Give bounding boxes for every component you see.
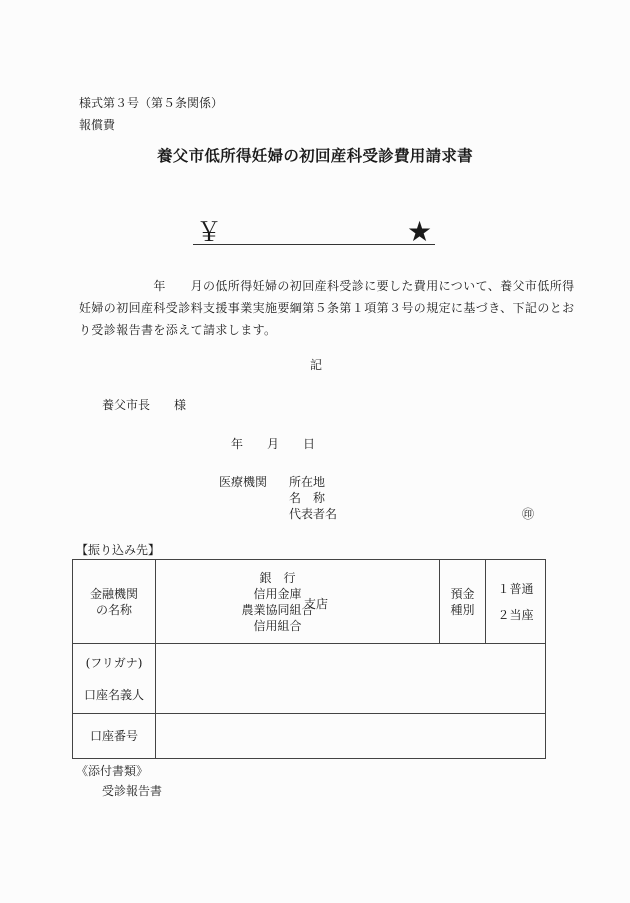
document-title: 養父市低所得妊婦の初回産科受診費用請求書 bbox=[0, 146, 630, 166]
address-label: 所在地 bbox=[289, 474, 337, 490]
holder-label-cell: (フリガナ) 口座名義人 bbox=[73, 644, 156, 714]
statement-line: 妊婦の初回産科受診料支援事業実施要綱第５条第１項第３号の規定に基づき、下記のとお bbox=[79, 297, 559, 319]
yen-symbol: ￥ bbox=[196, 219, 222, 247]
statement-line: り受診報告書を添えて請求します。 bbox=[79, 319, 559, 341]
attachment-item: 受診報告書 bbox=[102, 783, 162, 799]
account-number-label: 口座番号 bbox=[73, 714, 156, 759]
branch-label: 支店 bbox=[304, 596, 328, 612]
institution-label: 医療機関 bbox=[219, 474, 267, 490]
deposit-type-options-cell: １普通 ２当座 bbox=[486, 560, 546, 644]
bank-name-label: 金融機関 bbox=[73, 586, 155, 602]
deposit-type-label: 種別 bbox=[440, 602, 485, 618]
bank-name-label: の名称 bbox=[73, 602, 155, 618]
table-row-account-number: 口座番号 bbox=[73, 714, 546, 759]
deposit-type-label: 預金 bbox=[440, 586, 485, 602]
option-credit-union[interactable]: 信用組合 bbox=[241, 618, 313, 634]
attachments-label: 《添付書類》 bbox=[76, 763, 148, 779]
option-ordinary[interactable]: １普通 bbox=[486, 576, 545, 602]
fee-type: 報償費 bbox=[79, 117, 115, 133]
account-number-input[interactable] bbox=[156, 714, 546, 759]
furigana-label: (フリガナ) bbox=[73, 651, 155, 675]
seal-icon: ㊞ bbox=[522, 506, 534, 522]
account-holder-label: 口座名義人 bbox=[73, 683, 155, 707]
date-field[interactable]: 年 月 日 bbox=[231, 436, 315, 452]
bank-name-input-cell[interactable]: 銀 行 信用金庫 農業協同組合 信用組合 支店 bbox=[156, 560, 440, 644]
account-holder-input[interactable] bbox=[156, 644, 546, 714]
bank-name-label-cell: 金融機関 の名称 bbox=[73, 560, 156, 644]
star-icon: ★ bbox=[407, 217, 432, 247]
addressee: 養父市長 様 bbox=[102, 397, 186, 413]
table-row-holder: (フリガナ) 口座名義人 bbox=[73, 644, 546, 714]
option-bank[interactable]: 銀 行 bbox=[241, 570, 313, 586]
ki-heading: 記 bbox=[310, 357, 322, 373]
option-checking[interactable]: ２当座 bbox=[486, 602, 545, 628]
statement-line: 年 月の低所得妊婦の初回産科受診に要した費用について、養父市低所得 bbox=[79, 275, 559, 297]
transfer-section-label: 【振り込み先】 bbox=[76, 542, 160, 558]
request-statement: 年 月の低所得妊婦の初回産科受診に要した費用について、養父市低所得 妊婦の初回産… bbox=[79, 275, 559, 341]
institution-type-options: 銀 行 信用金庫 農業協同組合 信用組合 bbox=[241, 570, 313, 634]
bank-transfer-table: 金融機関 の名称 銀 行 信用金庫 農業協同組合 信用組合 支店 預金 種別 １… bbox=[72, 559, 546, 759]
representative-label: 代表者名 bbox=[289, 506, 337, 522]
table-row-bank: 金融機関 の名称 銀 行 信用金庫 農業協同組合 信用組合 支店 預金 種別 １… bbox=[73, 560, 546, 644]
name-label: 名 称 bbox=[289, 490, 337, 506]
amount-field-underline[interactable] bbox=[193, 244, 435, 245]
form-number: 様式第３号（第５条関係） bbox=[79, 95, 223, 111]
option-agricultural-coop[interactable]: 農業協同組合 bbox=[241, 602, 313, 618]
deposit-type-label-cell: 預金 種別 bbox=[440, 560, 486, 644]
option-credit-bank[interactable]: 信用金庫 bbox=[241, 586, 313, 602]
institution-fields: 所在地 名 称 代表者名 bbox=[289, 474, 337, 522]
